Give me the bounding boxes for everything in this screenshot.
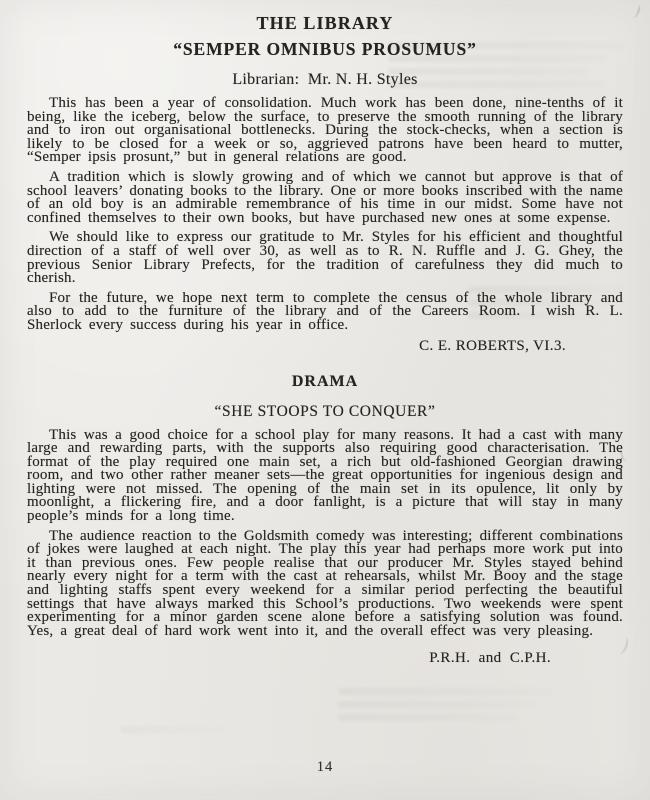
scanned-page: THE LIBRARY “SEMPER OMNIBUS PROSUMUS” Li…	[0, 0, 650, 800]
library-motto: “SEMPER OMNIBUS PROSUMUS”	[27, 39, 623, 60]
showthrough-smudge	[338, 688, 553, 727]
librarian-line: Librarian: Mr. N. H. Styles	[27, 71, 623, 89]
library-signature: C. E. ROBERTS, VI.3.	[27, 338, 623, 355]
paragraph: The audience reaction to the Goldsmith c…	[27, 530, 623, 639]
page-content: THE LIBRARY “SEMPER OMNIBUS PROSUMUS” Li…	[27, 0, 623, 667]
drama-section-title: DRAMA	[27, 373, 623, 391]
paragraph: We should like to express our gratitude …	[27, 231, 623, 285]
library-section: THE LIBRARY “SEMPER OMNIBUS PROSUMUS” Li…	[27, 13, 623, 355]
page-number: 14	[0, 759, 650, 776]
paragraph: For the future, we hope next term to com…	[27, 292, 623, 333]
paragraph: This has been a year of consolidation. M…	[27, 97, 623, 165]
library-section-title: THE LIBRARY	[27, 13, 623, 34]
drama-signature: P.R.H. and C.P.H.	[27, 650, 623, 667]
showthrough-smudge	[120, 726, 230, 739]
drama-play-title: “SHE STOOPS TO CONQUER”	[27, 403, 623, 421]
paragraph: A tradition which is slowly growing and …	[27, 171, 623, 225]
drama-section: DRAMA “SHE STOOPS TO CONQUER” This was a…	[27, 373, 623, 668]
scan-mark	[632, 4, 641, 18]
paragraph: This was a good choice for a school play…	[27, 429, 623, 524]
